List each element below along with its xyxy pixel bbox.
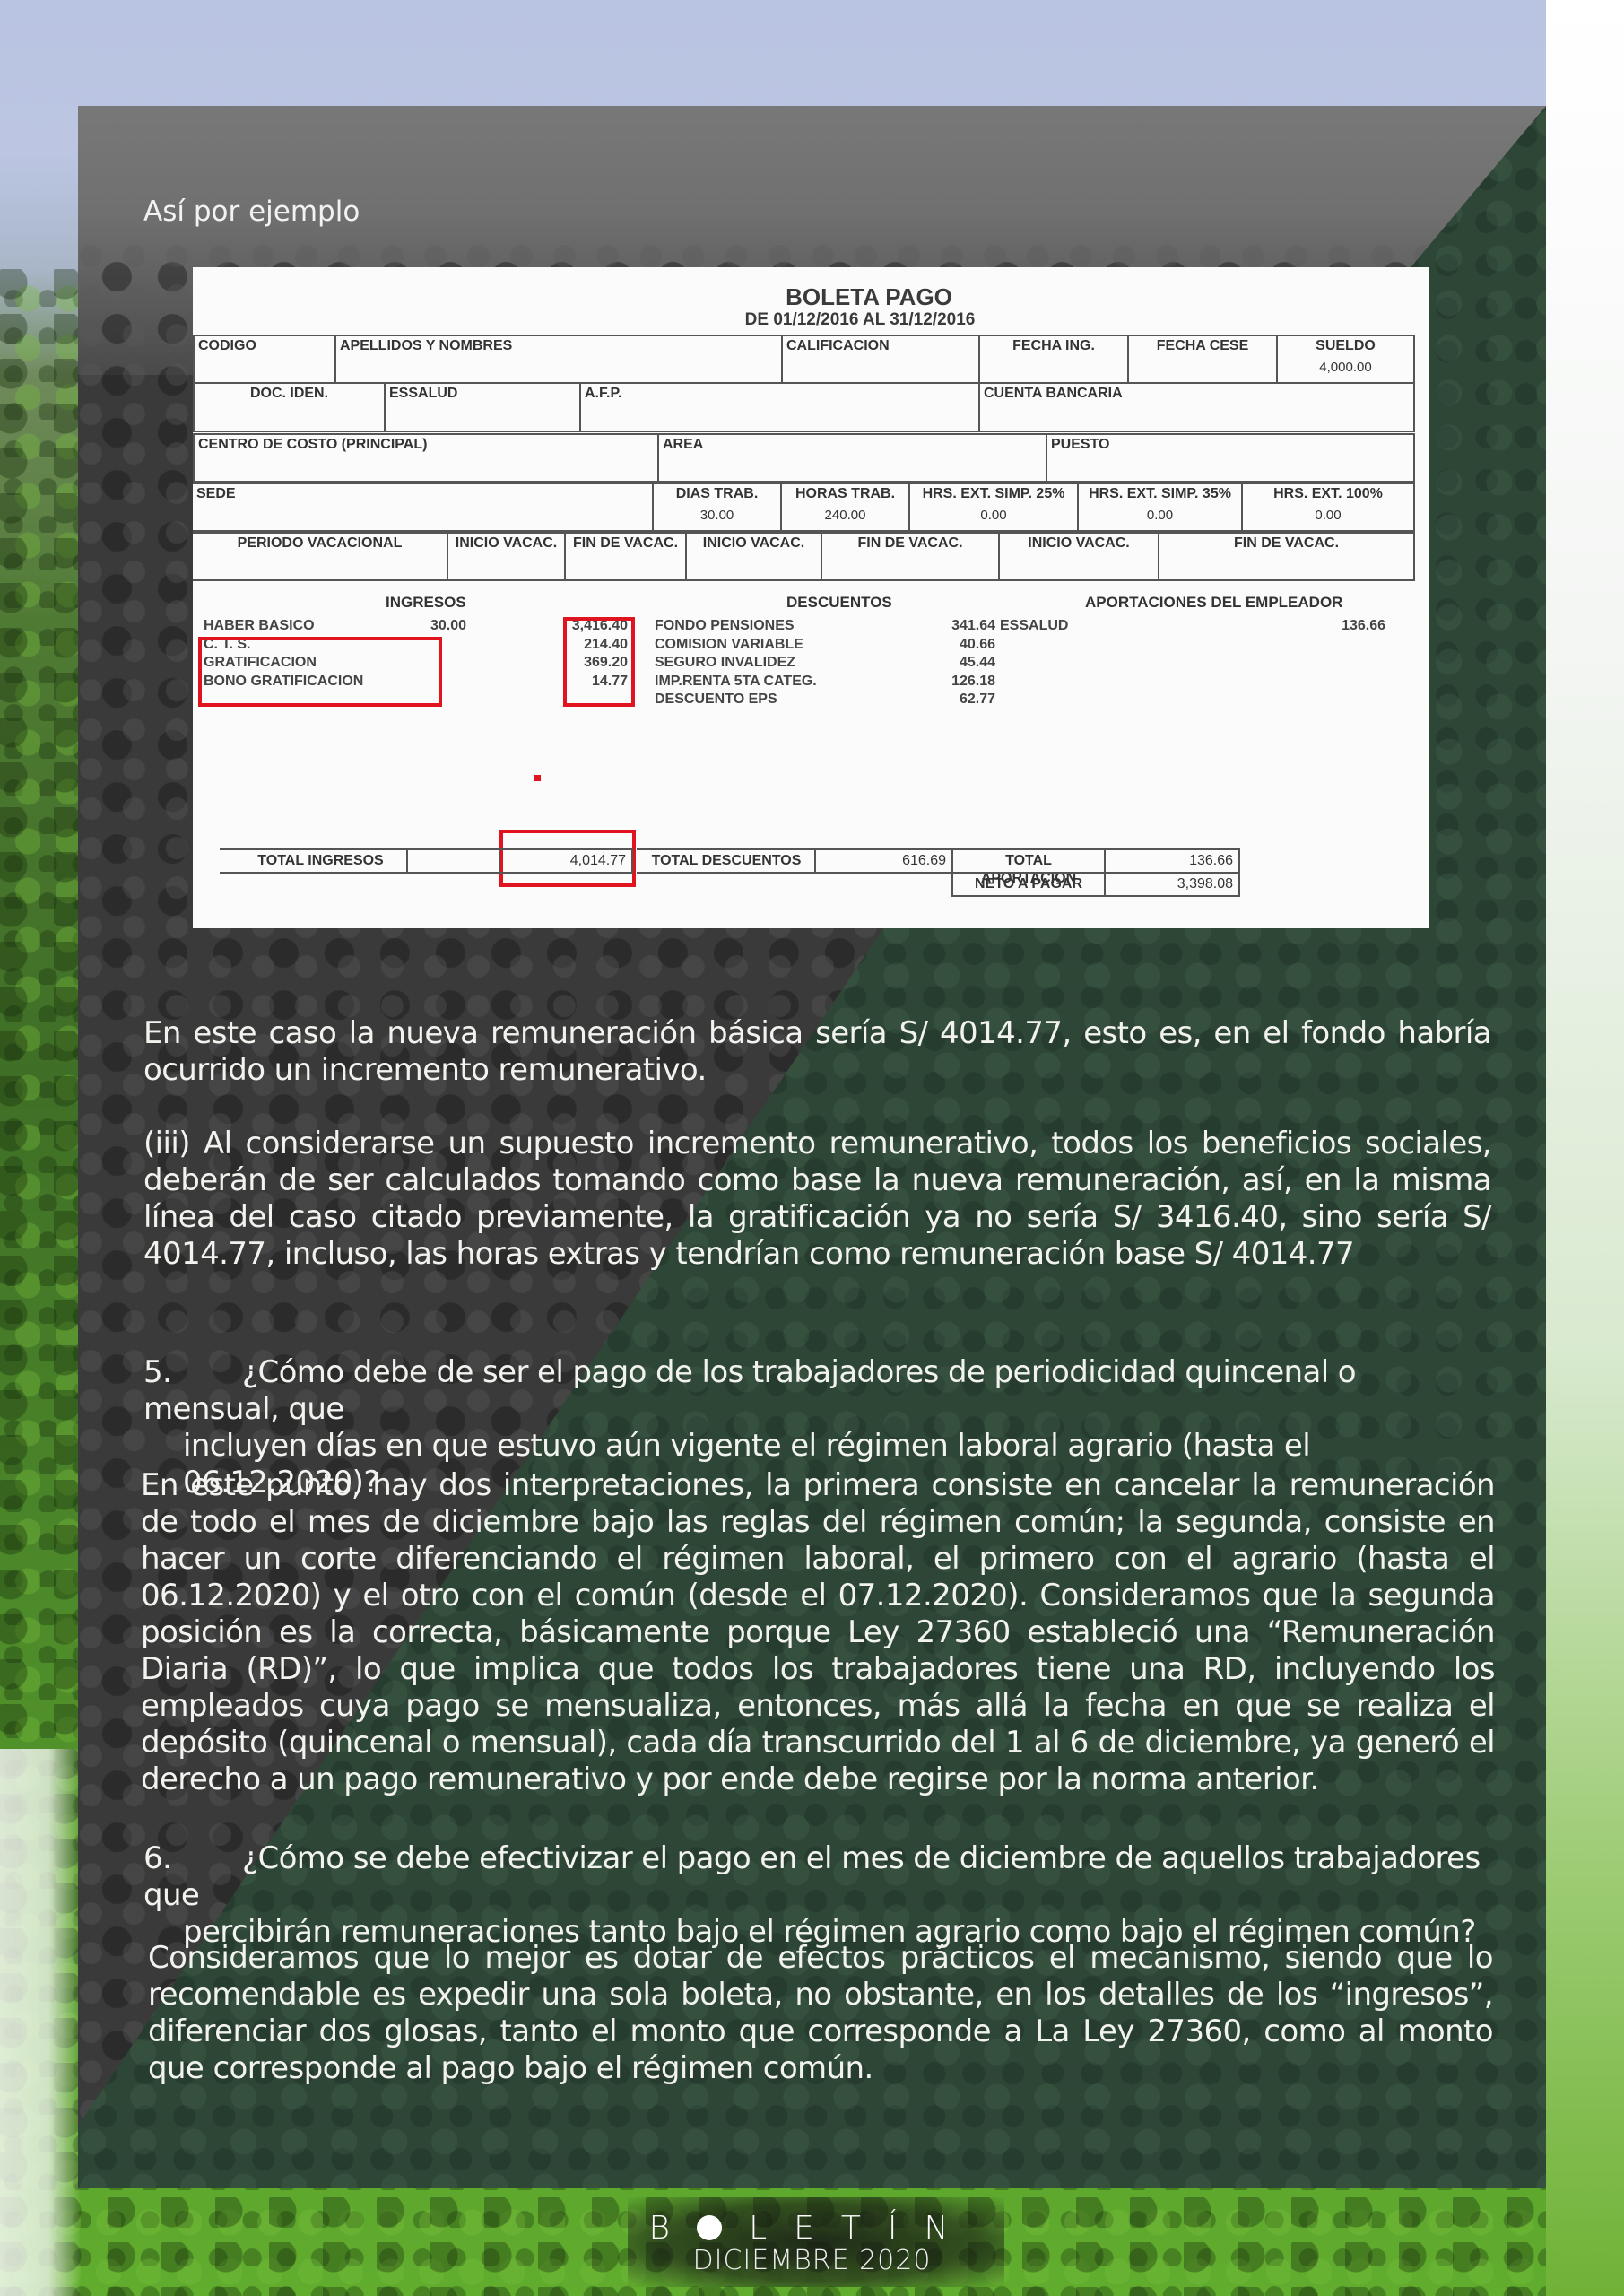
cell-fin-vacac-1: FIN DE VACAC. (564, 532, 687, 581)
total-ingresos-spacer (406, 848, 500, 874)
brand-rest: LETÍN (749, 2210, 975, 2247)
cell-hrs-35: HRS. EXT. SIMP. 35%0.00 (1077, 483, 1243, 532)
slip-line-item: 126.18 (928, 673, 995, 691)
slip-line-item: DESCUENTO EPS (655, 691, 817, 709)
total-aportacion-value: 136.66 (1104, 848, 1240, 874)
slip-line-item: 45.44 (928, 654, 995, 673)
cell-hrs-100: HRS. EXT. 100%0.00 (1241, 483, 1415, 532)
circle-dot-icon (697, 2215, 722, 2240)
descuentos-labels: FONDO PENSIONESCOMISION VARIABLESEGURO I… (655, 617, 817, 709)
total-ingresos-value: 4,014.77 (499, 848, 633, 874)
cell-periodo-vacacional: PERIODO VACACIONAL (193, 532, 448, 581)
highlight-ingresos-amounts (563, 617, 635, 707)
question-5-line1: ¿Cómo debe de ser el pago de los trabaja… (143, 1354, 1356, 1427)
highlight-ingresos-labels (198, 637, 442, 707)
cell-fecha-ing: FECHA ING. (978, 335, 1129, 384)
cell-apellidos: APELLIDOS Y NOMBRES (334, 335, 783, 384)
section-aportaciones: APORTACIONES DEL EMPLEADOR (1085, 594, 1342, 612)
sueldo-value: 4,000.00 (1281, 360, 1410, 376)
cell-codigo: CODIGO (193, 335, 336, 384)
slip-line-item: 30.00 (417, 617, 466, 636)
cell-calificacion: CALIFICACION (781, 335, 980, 384)
cell-cuenta-bancaria: CUENTA BANCARIA (978, 382, 1415, 432)
total-descuentos-value: 616.69 (814, 848, 953, 874)
cell-dias-trab: DIAS TRAB.30.00 (652, 483, 782, 532)
cell-afp: A.F.P. (579, 382, 980, 432)
payment-slip: BOLETA PAGO DE 01/12/2016 AL 31/12/2016 … (193, 267, 1429, 928)
slip-line-item: ESSALUD (1000, 617, 1068, 636)
cell-horas-trab: HORAS TRAB.240.00 (780, 483, 910, 532)
cell-area: AREA (657, 433, 1047, 483)
brand-letter-b: B (649, 2210, 698, 2247)
slip-line-item: FONDO PENSIONES (655, 617, 817, 636)
neto-label: NETO A PAGAR (951, 872, 1106, 897)
slip-line-item: 62.77 (928, 691, 995, 709)
paragraph-nueva-remuneracion: En este caso la nueva remuneración básic… (143, 1015, 1491, 1089)
cell-puesto: PUESTO (1046, 433, 1415, 483)
total-ingresos-label: TOTAL INGRESOS (220, 848, 421, 874)
section-ingresos: INGRESOS (386, 594, 466, 612)
total-aportacion-label: TOTAL APORTACION (951, 848, 1106, 874)
aportaciones-amounts: 136.66 (1314, 617, 1385, 636)
cell-essalud: ESSALUD (384, 382, 581, 432)
cell-inicio-vacac-1: INICIO VACAC. (447, 532, 566, 581)
cell-inicio-vacac-2: INICIO VACAC. (685, 532, 822, 581)
question-6-number: 6. (143, 1840, 242, 1877)
question-6-line1: ¿Cómo se debe efectivizar el pago en el … (143, 1840, 1481, 1913)
slip-line-item: COMISION VARIABLE (655, 636, 817, 655)
slip-line-item: 341.64 (928, 617, 995, 636)
descuentos-amounts: 341.6440.6645.44126.1862.77 (928, 617, 995, 709)
highlight-dot (534, 775, 541, 781)
paragraph-incremento: (iii) Al considerarse un supuesto increm… (143, 1126, 1491, 1273)
intro-text: Así por ejemplo (143, 196, 360, 228)
slip-period: DE 01/12/2016 AL 31/12/2016 (193, 310, 1429, 330)
slip-title: BOLETA PAGO (193, 283, 1429, 311)
cell-doc-iden: DOC. IDEN. (193, 382, 386, 432)
question-5-number: 5. (143, 1354, 242, 1391)
aportaciones-labels: ESSALUD (1000, 617, 1068, 636)
cell-fin-vacac-2: FIN DE VACAC. (821, 532, 1000, 581)
footer-brand: BLETÍN (0, 2210, 1624, 2247)
cell-sueldo: SUELDO4,000.00 (1276, 335, 1415, 384)
slip-line-item: HABER BASICO (204, 617, 363, 636)
cell-fin-vacac-3: FIN DE VACAC. (1158, 532, 1415, 581)
slip-line-item: 40.66 (928, 636, 995, 655)
slip-line-item: IMP.RENTA 5TA CATEG. (655, 673, 817, 691)
right-margin-strip (1546, 0, 1624, 2296)
question-6: 6.¿Cómo se debe efectivizar el pago en e… (143, 1840, 1491, 1951)
cell-sede: SEDE (193, 483, 654, 532)
section-descuentos: DESCUENTOS (786, 594, 892, 612)
cell-inicio-vacac-3: INICIO VACAC. (998, 532, 1159, 581)
footer-date: DICIEMBRE 2020 (0, 2245, 1624, 2276)
neto-value: 3,398.08 (1104, 872, 1240, 897)
cell-centro-costo: CENTRO DE COSTO (PRINCIPAL) (193, 433, 659, 483)
paragraph-una-sola-boleta: Consideramos que lo mejor es dotar de ef… (148, 1940, 1493, 2087)
slip-line-item: SEGURO INVALIDEZ (655, 654, 817, 673)
cell-fecha-cese: FECHA CESE (1127, 335, 1278, 384)
total-descuentos-label: TOTAL DESCUENTOS (637, 848, 816, 874)
cell-hrs-25: HRS. EXT. SIMP. 25%0.00 (908, 483, 1079, 532)
paragraph-interpretaciones: En este punto, hay dos interpretaciones,… (141, 1467, 1495, 1798)
slip-line-item: 136.66 (1314, 617, 1385, 636)
